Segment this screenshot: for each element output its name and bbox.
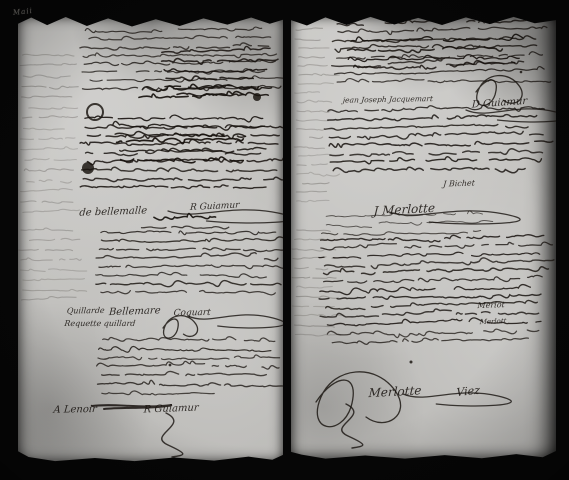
right-page: jean Joseph JacquemartD GuiamurJ BichetJ… [291,12,556,460]
handwriting-stroke [22,297,77,300]
handwriting-block [102,391,214,395]
handwriting-layer: jean Joseph JacquemartD GuiamurJ BichetJ… [291,12,556,460]
handwriting-block [142,226,229,229]
signature-text: Quillarde [66,306,105,316]
handwriting-stroke [20,138,75,140]
handwriting-stroke [337,18,529,26]
signature-text: R Guiamur [189,200,241,213]
handwriting-block [97,337,283,387]
handwriting-stroke [89,35,271,40]
signature: Quillarde [66,306,105,316]
handwriting-block [318,234,555,327]
ink-blot [169,364,172,367]
handwriting-stroke [298,64,327,66]
handwriting-block [96,231,283,295]
signature: Merlot [476,300,506,310]
handwriting-stroke [330,148,543,157]
handwriting-block [342,404,363,448]
signature: J Bichet [441,178,476,188]
signature-text: J Bichet [441,178,476,188]
handwriting-stroke [96,281,281,287]
signature-text: Viez [456,384,480,400]
handwriting-stroke [295,334,340,336]
handwriting-stroke [96,253,278,261]
handwriting-stroke [99,347,271,353]
signature: Merlotte [367,383,422,400]
signature: Coquart [173,308,211,319]
handwriting-stroke [85,115,275,122]
handwriting-stroke [295,267,328,270]
handwriting-block [294,28,339,202]
handwriting-stroke [296,28,323,30]
handwriting-stroke [22,96,79,98]
handwriting-stroke [294,147,324,149]
handwriting-stroke [163,316,198,338]
handwriting-stroke [297,100,332,103]
handwriting-block [20,54,80,212]
handwriting-stroke [166,76,253,81]
signature-text: jean Joseph Jacquemart [340,94,434,105]
handwriting-stroke [332,336,528,345]
signature-text: Coquart [173,308,211,319]
handwriting-stroke [29,107,78,109]
handwriting-stroke [297,230,331,231]
handwriting-stroke [295,39,320,40]
handwriting-stroke [324,123,528,131]
handwriting-stroke [310,137,323,139]
handwriting-stroke [329,140,553,149]
handwriting-stroke [99,248,283,252]
signature: jean Joseph Jacquemart [340,94,434,105]
handwriting-stroke [298,83,333,84]
handwriting-stroke [297,164,328,166]
handwriting-stroke [299,74,339,76]
signature: de bellemalle [79,205,148,218]
margin-annotation: Maii [13,7,34,17]
handwriting-block [163,316,198,338]
handwriting-stroke [20,64,76,66]
handwriting-stroke [27,180,77,183]
handwriting-stroke [87,156,283,164]
handwriting-stroke [295,92,320,94]
signature: Viez [456,384,480,400]
signature-text: Merlott [478,316,506,326]
handwriting-stroke [82,167,277,172]
handwriting-stroke [97,361,279,369]
handwriting-stroke [330,155,541,166]
handwriting-stroke [297,172,340,176]
handwriting-stroke [84,60,275,66]
handwriting-stroke [299,57,325,58]
signature-text: de bellemalle [79,205,148,218]
signature-text: Merlot [476,300,506,310]
handwriting-stroke [316,372,401,427]
handwriting-stroke [142,226,229,229]
signature-text: Requette quillard [63,319,136,328]
handwriting-stroke [299,48,329,49]
handwriting-stroke [162,413,183,457]
ink-blot [82,162,94,174]
handwriting-stroke [23,116,78,118]
ink-blot [253,93,261,101]
signature: Merlott [478,316,506,326]
handwriting-stroke [24,128,80,130]
handwriting-stroke [322,230,481,236]
handwriting-stroke [296,191,326,192]
handwriting-stroke [98,355,280,360]
archival-scan-viewer: { "title": "Handwritten parish register … [0,0,569,480]
handwriting-stroke [22,86,78,89]
handwriting-stroke [21,258,81,261]
handwriting-layer: de bellemalleR GuiamurQuillardeBellemare… [18,13,283,462]
handwriting-stroke [102,371,276,375]
handwriting-stroke [21,269,87,271]
handwriting-stroke [326,300,538,310]
handwriting-stroke [333,164,534,175]
signature: R Guiamur [142,402,200,415]
handwriting-stroke [101,237,283,242]
handwriting-stroke [80,185,266,189]
handwriting-block [410,361,413,364]
handwriting-stroke [23,289,87,291]
handwriting-stroke [299,154,329,156]
handwriting-stroke [335,42,537,53]
handwriting-stroke [23,279,85,281]
handwriting-stroke [297,129,324,131]
handwriting-block [520,71,523,74]
handwriting-block [331,18,551,87]
handwriting-stroke [292,277,336,278]
handwriting-block [82,162,94,174]
handwriting-block [162,413,183,457]
handwriting-stroke [83,177,282,181]
handwriting-stroke [30,238,80,240]
handwriting-stroke [101,231,276,235]
handwriting-stroke [342,404,363,448]
handwriting-stroke [85,27,261,34]
handwriting-stroke [303,183,329,184]
handwriting-stroke [25,159,76,161]
handwriting-stroke [23,75,70,78]
handwriting-block [19,228,87,300]
signature: Requette quillard [63,319,136,328]
handwriting-stroke [96,272,267,278]
handwriting-stroke [21,147,78,150]
handwriting-stroke [102,391,214,395]
handwriting-stroke [23,54,74,56]
handwriting-stroke [324,275,543,284]
ink-blot [410,361,413,364]
handwriting-stroke [327,328,539,339]
signature-text: R Guiamur [142,402,200,415]
handwriting-stroke [329,131,543,141]
handwriting-stroke [320,284,531,295]
handwriting-stroke [297,200,329,202]
handwriting-block [324,104,554,176]
handwriting-stroke [296,296,338,298]
handwriting-stroke [327,317,541,327]
signature-text: Bellemare [108,305,161,318]
handwriting-stroke [103,337,275,342]
handwriting-block [316,372,401,427]
handwriting-stroke [19,249,73,250]
handwriting-stroke [319,293,541,301]
handwriting-stroke [21,189,73,192]
handwriting-stroke [319,251,540,259]
handwriting-stroke [297,286,333,288]
handwriting-block [221,133,224,136]
manuscript-scan: Maii de bellemalleR GuiamurQuillardeBell… [0,0,569,480]
signature-text: Merlotte [367,383,422,400]
signature: Bellemare [108,305,161,318]
handwriting-stroke [24,169,73,172]
handwriting-stroke [296,120,331,121]
handwriting-stroke [321,240,553,250]
handwriting-block [169,364,172,367]
ink-blot [221,133,224,136]
handwriting-stroke [324,257,554,270]
handwriting-stroke [98,380,284,387]
handwriting-stroke [297,111,330,113]
handwriting-block [327,328,539,345]
handwriting-stroke [23,209,80,212]
handwriting-stroke [101,290,275,294]
handwriting-block [292,230,346,336]
ink-blot [520,71,523,74]
handwriting-block [253,93,261,101]
handwriting-stroke [21,228,73,231]
left-page: de bellemalleR GuiamurQuillardeBellemare… [18,13,283,462]
signature: R Guiamur [189,200,241,213]
handwriting-stroke [99,265,283,269]
handwriting-stroke [21,201,81,203]
